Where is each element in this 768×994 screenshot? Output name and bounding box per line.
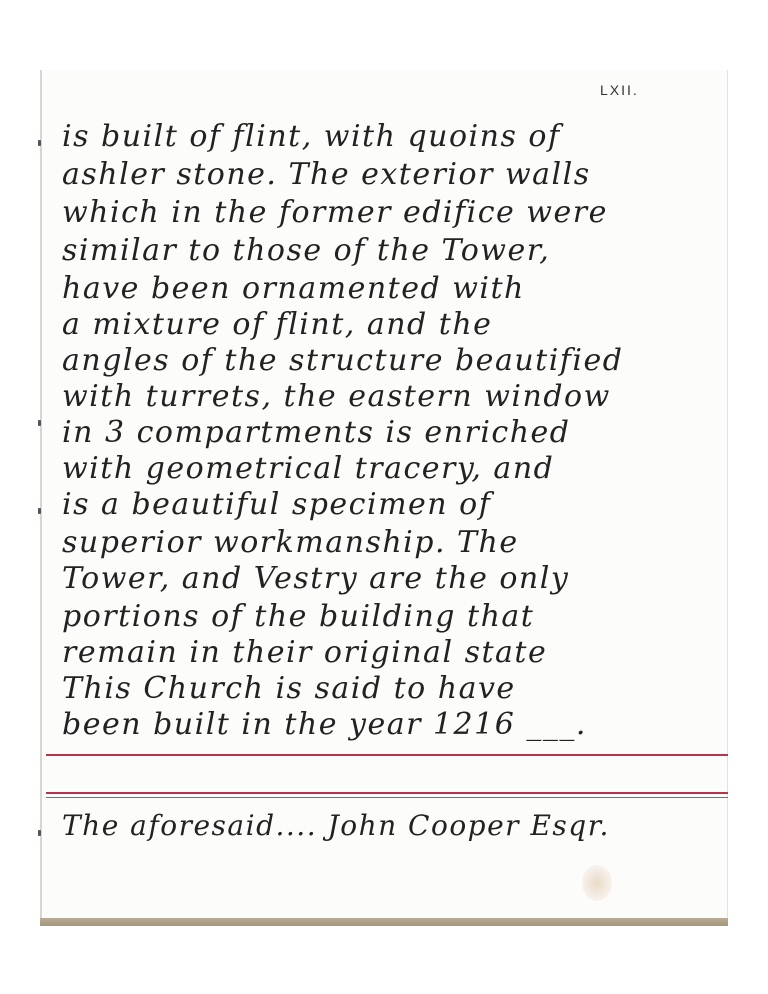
text-line: with geometrical tracery, and — [62, 454, 554, 484]
binding-mark — [38, 420, 41, 426]
red-rule-line — [46, 792, 728, 794]
binding-mark — [38, 508, 41, 514]
paper-stain — [582, 865, 612, 901]
text-line: This Church is said to have — [62, 674, 516, 704]
text-line: which in the former edifice were — [62, 198, 608, 228]
text-line: is built of flint, with quoins of — [62, 122, 561, 152]
text-line: with turrets, the eastern window — [62, 382, 611, 412]
footer-caption: The aforesaid.... John Cooper Esqr. — [62, 812, 610, 840]
text-line: ashler stone. The exterior walls — [62, 160, 591, 190]
text-line: angles of the structure beautified — [62, 346, 623, 376]
binding-mark — [38, 140, 41, 146]
text-line: been built in the year 1216 ___. — [62, 710, 587, 740]
text-line: is a beautiful specimen of — [62, 490, 491, 520]
text-line: superior workmanship. The — [62, 528, 519, 558]
text-line: portions of the building that — [62, 602, 534, 632]
text-line: have been ornamented with — [62, 274, 525, 304]
text-line: remain in their original state — [62, 638, 547, 668]
text-line: in 3 compartments is enriched — [62, 418, 571, 448]
text-line: similar to those of the Tower, — [62, 236, 550, 266]
binding-mark — [38, 830, 41, 836]
red-rule-line — [46, 754, 728, 756]
page-number: LXII. — [600, 82, 639, 98]
red-rule-line — [46, 797, 728, 798]
page-bottom-edge — [40, 918, 728, 926]
text-line: a mixture of flint, and the — [62, 310, 492, 340]
text-line: Tower, and Vestry are the only — [62, 564, 569, 594]
